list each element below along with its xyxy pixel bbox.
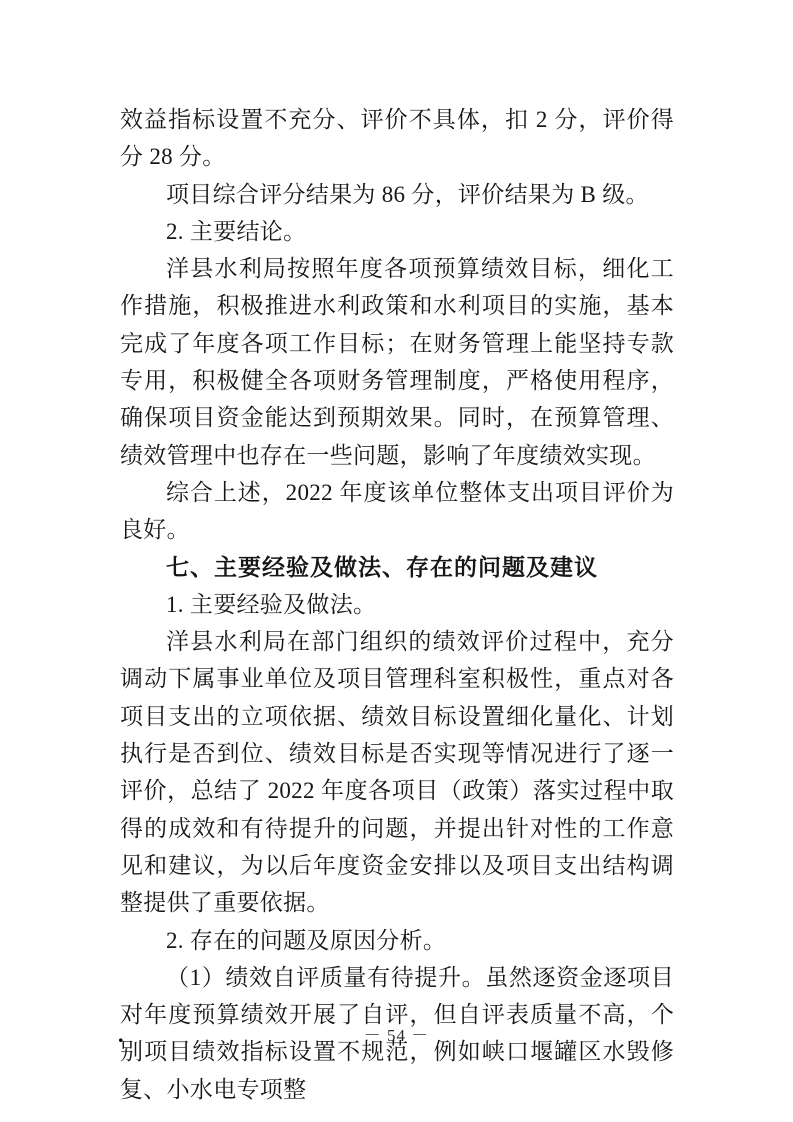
paragraph: 1. 主要经验及做法。: [120, 586, 674, 623]
paragraph: 效益指标设置不充分、评价不具体，扣 2 分，评价得分 28 分。: [120, 101, 674, 176]
paragraph: 综合上述，2022 年度该单位整体支出项目评价为良好。: [120, 474, 674, 549]
paragraph: 2. 存在的问题及原因分析。: [120, 922, 674, 959]
page-number: － 54 －: [0, 1024, 793, 1048]
paragraph: 洋县水利局按照年度各项预算绩效目标，细化工作措施，积极推进水利政策和水利项目的实…: [120, 250, 674, 474]
paragraph: 洋县水利局在部门组织的绩效评价过程中，充分调动下属事业单位及项目管理科室积极性，…: [120, 623, 674, 921]
paragraph: 项目综合评分结果为 86 分，评价结果为 B 级。: [120, 176, 674, 213]
page-body: 效益指标设置不充分、评价不具体，扣 2 分，评价得分 28 分。 项目综合评分结…: [120, 101, 674, 1108]
document-page: 效益指标设置不充分、评价不具体，扣 2 分，评价得分 28 分。 项目综合评分结…: [0, 0, 793, 1122]
paragraph: 2. 主要结论。: [120, 213, 674, 250]
section-heading: 七、主要经验及做法、存在的问题及建议: [120, 549, 674, 586]
